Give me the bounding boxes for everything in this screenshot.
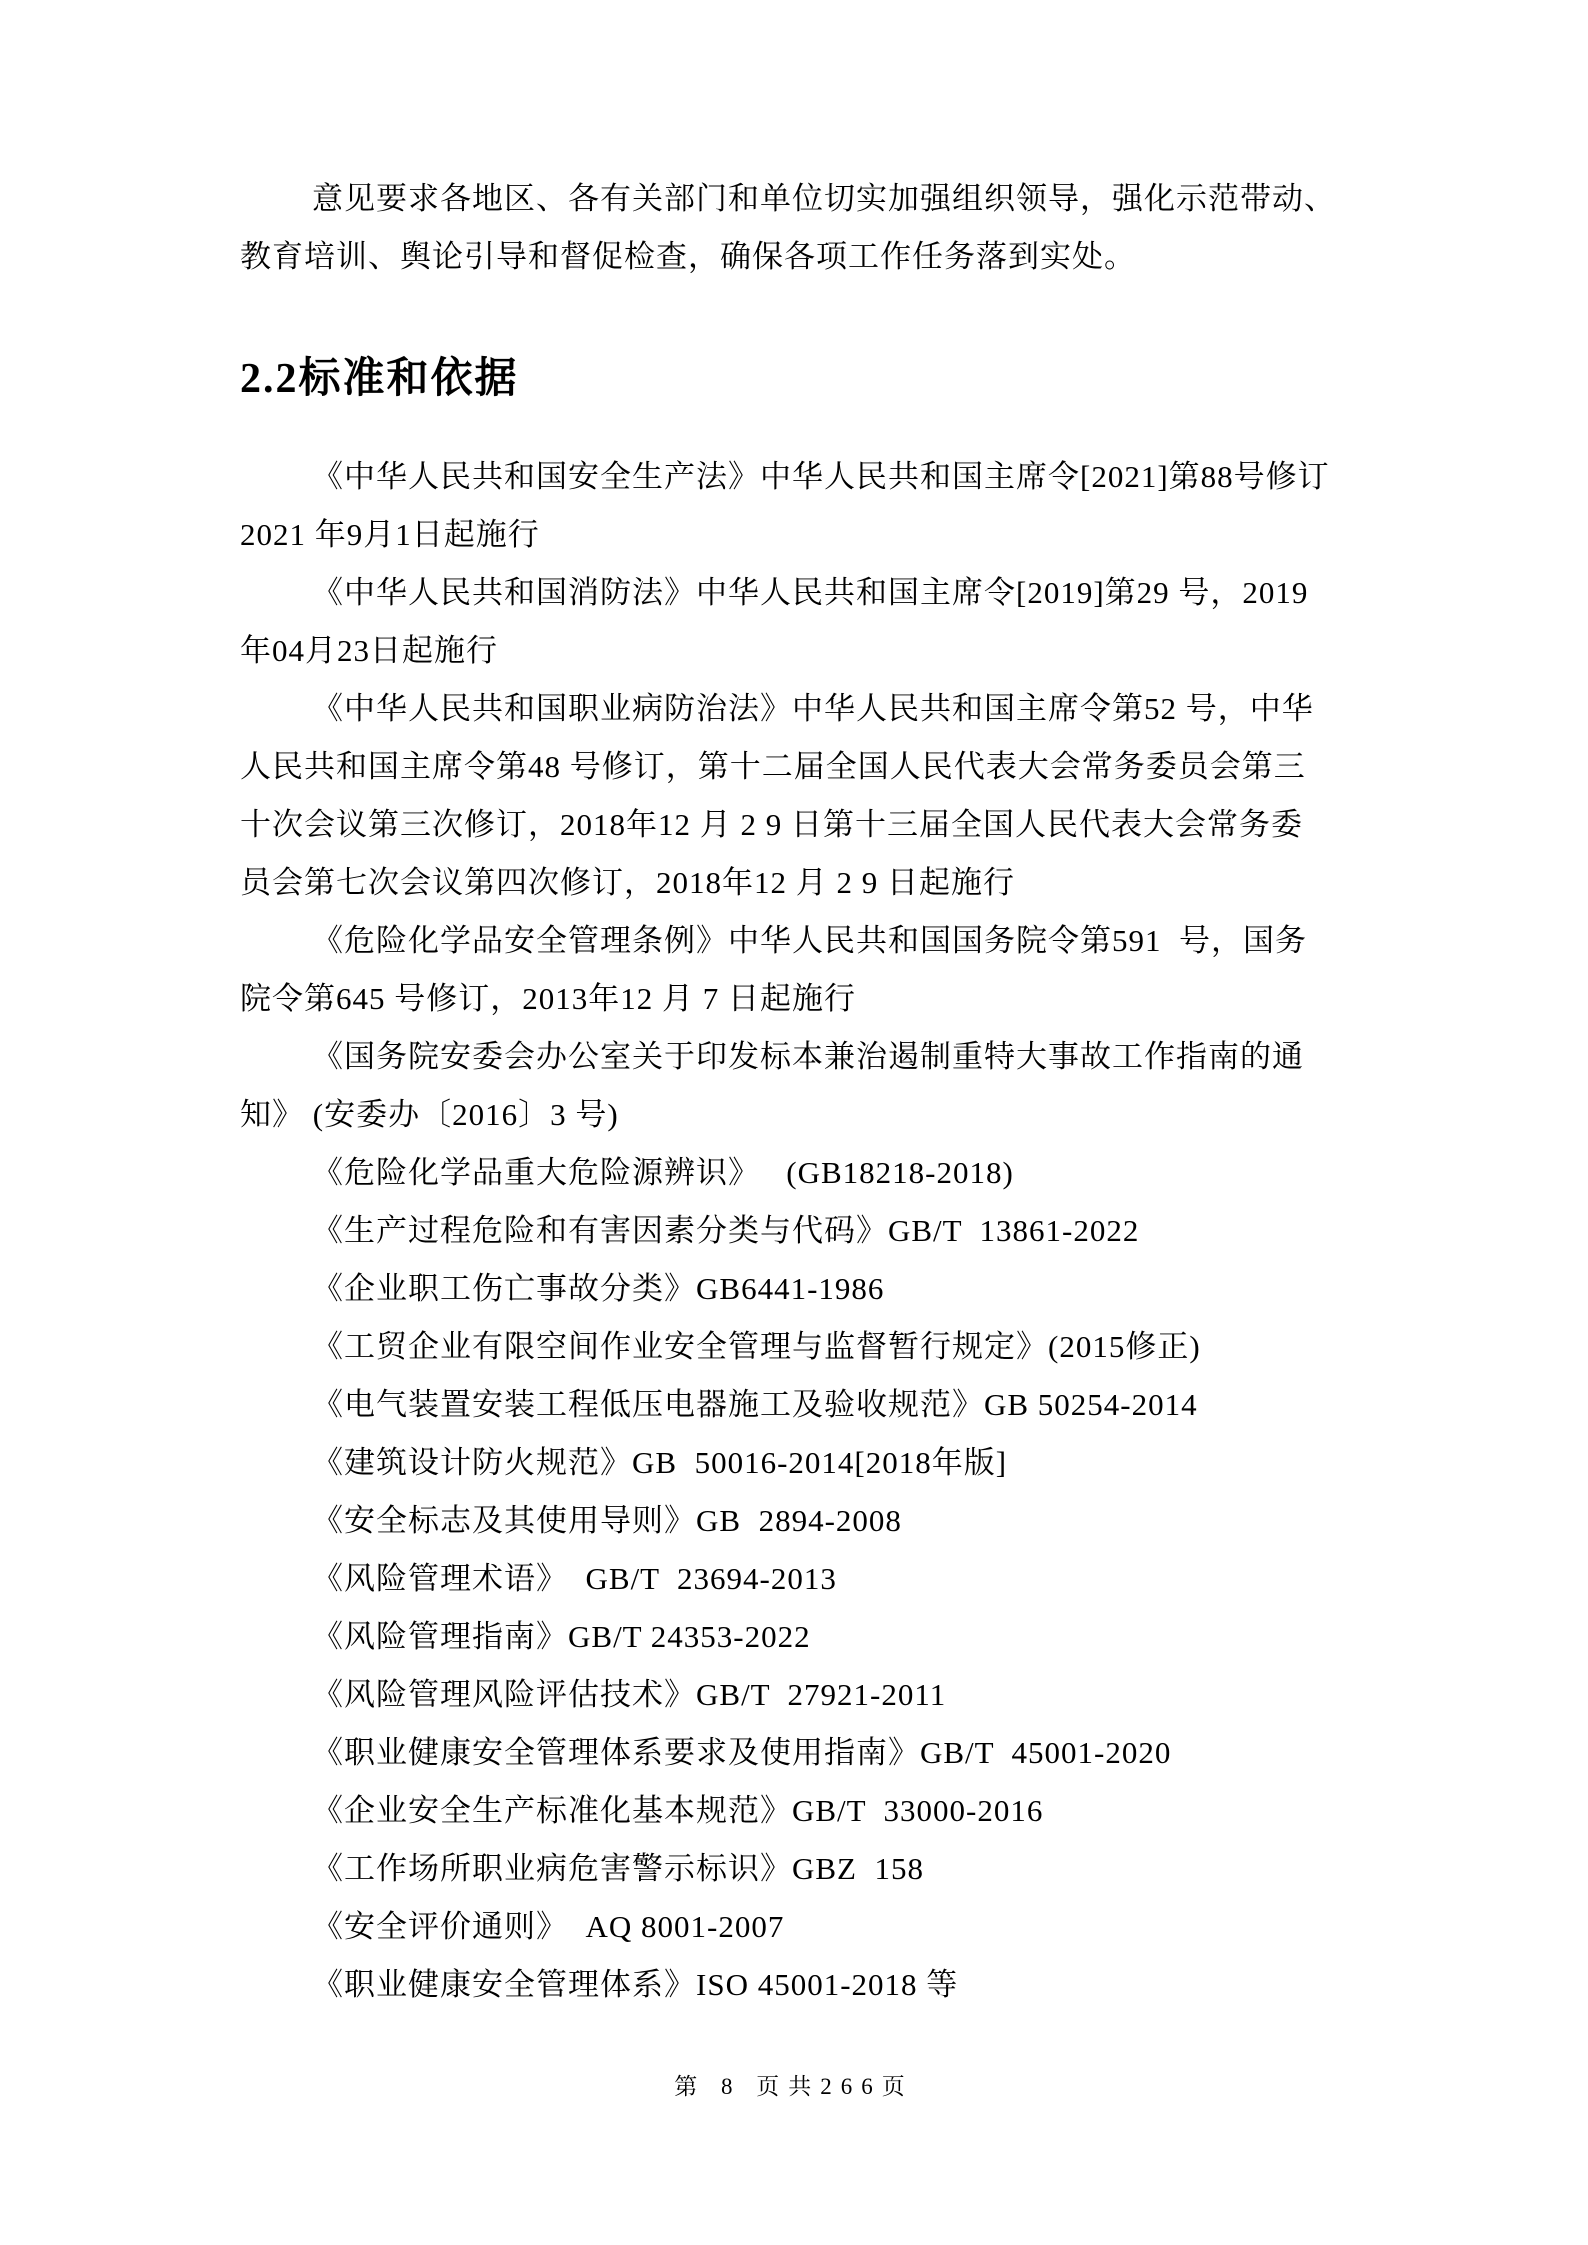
standard-entry-line: 知》 (安委办〔2016〕3 号) bbox=[240, 1086, 1435, 1144]
standard-entry: 《安全标志及其使用导则》GB 2894-2008 bbox=[240, 1492, 1435, 1550]
standard-entry: 《工贸企业有限空间作业安全管理与监督暂行规定》(2015修正) bbox=[240, 1318, 1435, 1376]
standard-entry-line: 《建筑设计防火规范》GB 50016-2014[2018年版] bbox=[240, 1434, 1435, 1492]
standard-entry-line: 《中华人民共和国安全生产法》中华人民共和国主席令[2021]第88号修订 bbox=[240, 448, 1435, 506]
standard-entry: 《危险化学品重大危险源辨识》 (GB18218-2018) bbox=[240, 1144, 1435, 1202]
standard-entry: 《职业健康安全管理体系》ISO 45001-2018 等 bbox=[240, 1956, 1435, 2014]
intro-paragraph: 意见要求各地区、各有关部门和单位切实加强组织领导，强化示范带动、教育培训、舆论引… bbox=[240, 170, 1435, 286]
standard-entry-line: 2021 年9月1日起施行 bbox=[240, 506, 1435, 564]
standard-entry-line: 院令第645 号修订，2013年12 月 7 日起施行 bbox=[240, 970, 1435, 1028]
standard-entry-line: 《风险管理术语》 GB/T 23694-2013 bbox=[240, 1550, 1435, 1608]
standard-entry: 《工作场所职业病危害警示标识》GBZ 158 bbox=[240, 1840, 1435, 1898]
page-content: 意见要求各地区、各有关部门和单位切实加强组织领导，强化示范带动、教育培训、舆论引… bbox=[240, 170, 1435, 2014]
standard-entry-line: 《职业健康安全管理体系》ISO 45001-2018 等 bbox=[240, 1956, 1435, 2014]
standard-entry: 《电气装置安装工程低压电器施工及验收规范》GB 50254-2014 bbox=[240, 1376, 1435, 1434]
standard-entry: 《危险化学品安全管理条例》中华人民共和国国务院令第591 号，国务院令第645 … bbox=[240, 912, 1435, 1028]
standard-entry-line: 《企业职工伤亡事故分类》GB6441-1986 bbox=[240, 1260, 1435, 1318]
standard-entry-line: 《工作场所职业病危害警示标识》GBZ 158 bbox=[240, 1840, 1435, 1898]
standard-entry-line: 《职业健康安全管理体系要求及使用指南》GB/T 45001-2020 bbox=[240, 1724, 1435, 1782]
standard-entry: 《风险管理指南》GB/T 24353-2022 bbox=[240, 1608, 1435, 1666]
standard-entry: 《安全评价通则》 AQ 8001-2007 bbox=[240, 1898, 1435, 1956]
standards-list: 《中华人民共和国安全生产法》中华人民共和国主席令[2021]第88号修订2021… bbox=[240, 448, 1435, 2014]
standard-entry: 《企业安全生产标准化基本规范》GB/T 33000-2016 bbox=[240, 1782, 1435, 1840]
intro-line: 意见要求各地区、各有关部门和单位切实加强组织领导，强化示范带动、 bbox=[240, 170, 1435, 228]
standard-entry-line: 《中华人民共和国消防法》中华人民共和国主席令[2019]第29 号，2019 bbox=[240, 564, 1435, 622]
standard-entry-line: 《电气装置安装工程低压电器施工及验收规范》GB 50254-2014 bbox=[240, 1376, 1435, 1434]
standard-entry-line: 年04月23日起施行 bbox=[240, 622, 1435, 680]
standard-entry-line: 人民共和国主席令第48 号修订，第十二届全国人民代表大会常务委员会第三 bbox=[240, 738, 1435, 796]
standard-entry-line: 《中华人民共和国职业病防治法》中华人民共和国主席令第52 号，中华 bbox=[240, 680, 1435, 738]
standard-entry: 《国务院安委会办公室关于印发标本兼治遏制重特大事故工作指南的通知》 (安委办〔2… bbox=[240, 1028, 1435, 1144]
document-page: 意见要求各地区、各有关部门和单位切实加强组织领导，强化示范带动、教育培训、舆论引… bbox=[0, 0, 1588, 2245]
standard-entry-line: 《风险管理指南》GB/T 24353-2022 bbox=[240, 1608, 1435, 1666]
standard-entry-line: 《风险管理风险评估技术》GB/T 27921-2011 bbox=[240, 1666, 1435, 1724]
standard-entry: 《企业职工伤亡事故分类》GB6441-1986 bbox=[240, 1260, 1435, 1318]
standard-entry: 《生产过程危险和有害因素分类与代码》GB/T 13861-2022 bbox=[240, 1202, 1435, 1260]
standard-entry-line: 《国务院安委会办公室关于印发标本兼治遏制重特大事故工作指南的通 bbox=[240, 1028, 1435, 1086]
standard-entry: 《中华人民共和国消防法》中华人民共和国主席令[2019]第29 号，2019年0… bbox=[240, 564, 1435, 680]
standard-entry: 《建筑设计防火规范》GB 50016-2014[2018年版] bbox=[240, 1434, 1435, 1492]
standard-entry-line: 十次会议第三次修订，2018年12 月 2 9 日第十三届全国人民代表大会常务委 bbox=[240, 796, 1435, 854]
standard-entry-line: 员会第七次会议第四次修订，2018年12 月 2 9 日起施行 bbox=[240, 854, 1435, 912]
standard-entry-line: 《危险化学品重大危险源辨识》 (GB18218-2018) bbox=[240, 1144, 1435, 1202]
intro-line: 教育培训、舆论引导和督促检查，确保各项工作任务落到实处。 bbox=[240, 228, 1435, 286]
standard-entry: 《中华人民共和国职业病防治法》中华人民共和国主席令第52 号，中华人民共和国主席… bbox=[240, 680, 1435, 912]
page-footer: 第 8 页共266页 bbox=[0, 2072, 1588, 2102]
standard-entry-line: 《危险化学品安全管理条例》中华人民共和国国务院令第591 号，国务 bbox=[240, 912, 1435, 970]
standard-entry: 《中华人民共和国安全生产法》中华人民共和国主席令[2021]第88号修订2021… bbox=[240, 448, 1435, 564]
standard-entry-line: 《企业安全生产标准化基本规范》GB/T 33000-2016 bbox=[240, 1782, 1435, 1840]
standard-entry: 《风险管理风险评估技术》GB/T 27921-2011 bbox=[240, 1666, 1435, 1724]
standard-entry-line: 《安全评价通则》 AQ 8001-2007 bbox=[240, 1898, 1435, 1956]
standard-entry-line: 《安全标志及其使用导则》GB 2894-2008 bbox=[240, 1492, 1435, 1550]
standard-entry-line: 《工贸企业有限空间作业安全管理与监督暂行规定》(2015修正) bbox=[240, 1318, 1435, 1376]
standard-entry: 《职业健康安全管理体系要求及使用指南》GB/T 45001-2020 bbox=[240, 1724, 1435, 1782]
section-heading: 2.2标准和依据 bbox=[240, 350, 1435, 408]
standard-entry-line: 《生产过程危险和有害因素分类与代码》GB/T 13861-2022 bbox=[240, 1202, 1435, 1260]
standard-entry: 《风险管理术语》 GB/T 23694-2013 bbox=[240, 1550, 1435, 1608]
